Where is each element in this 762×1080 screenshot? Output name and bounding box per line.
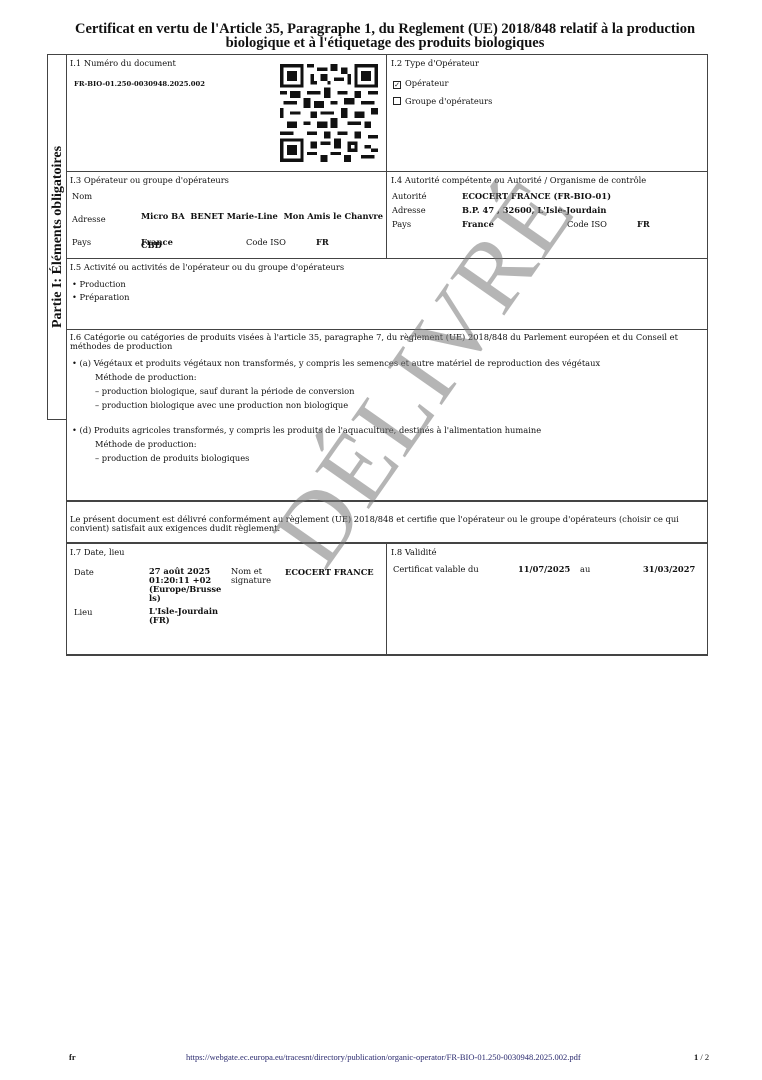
lieu-value: L'Isle-Jourdain (FR) <box>149 607 218 625</box>
divider <box>386 543 387 655</box>
date-label: Date <box>74 567 94 577</box>
statement-line: convient) satisfait aux exigences dudit … <box>70 524 679 533</box>
nom-label: Nom <box>72 191 92 201</box>
divider <box>66 500 708 502</box>
i6-heading: I.6 Catégorie ou catégories de produits … <box>70 333 678 351</box>
method-label: Méthode de production: <box>95 439 197 449</box>
i2-heading: I.2 Type d'Opérateur <box>391 58 479 68</box>
title-line-2: biologique et à l'étiquetage des produit… <box>40 36 730 50</box>
signature-value: ECOCERT FRANCE <box>285 567 374 577</box>
section-side-label-box: Partie I: Éléments obligatoires <box>47 54 67 420</box>
footer-language: fr <box>69 1052 76 1062</box>
divider <box>66 329 708 330</box>
document-number: FR-BIO-01.250-0030948.2025.002 <box>74 79 205 89</box>
adresse-label: Adresse <box>392 205 426 215</box>
divider <box>66 171 708 172</box>
method-item: – production de produits biologiques <box>95 453 249 463</box>
checkbox-checked-icon[interactable]: ✓ <box>393 81 401 89</box>
category-d-title: • (d) Produits agricoles transformés, y … <box>72 425 541 435</box>
validity-from: 11/07/2025 <box>518 564 570 574</box>
divider <box>386 54 387 258</box>
lieu-label: Lieu <box>74 607 92 617</box>
validity-label: Certificat valable du <box>393 564 479 574</box>
i5-heading: I.5 Activité ou activités de l'opérateur… <box>70 262 344 272</box>
operator-name-line: Micro BA BENET Marie-Line Mon Amis le Ch… <box>141 211 383 221</box>
authority-iso: FR <box>637 219 650 229</box>
validity-to: 31/03/2027 <box>643 564 695 574</box>
divider <box>66 654 708 656</box>
i7-heading: I.7 Date, lieu <box>70 547 125 557</box>
i8-heading: I.8 Validité <box>391 547 437 557</box>
option-groupe[interactable]: Groupe d'opérateurs <box>393 96 492 106</box>
method-label: Méthode de production: <box>95 372 197 382</box>
validity-au: au <box>580 564 590 574</box>
checkbox-unchecked-icon[interactable] <box>393 97 401 105</box>
pays-label: Pays <box>392 219 411 229</box>
iso-label: Code ISO <box>567 219 607 229</box>
date-value: 27 août 2025 01:20:11 +02 (Europe/Brusse… <box>149 567 221 603</box>
operator-iso: FR <box>316 237 329 247</box>
footer-url-link[interactable]: https://webgate.ec.europa.eu/tracesnt/di… <box>186 1052 581 1062</box>
method-item: – production biologique avec une product… <box>95 400 348 410</box>
side-label: Partie I: Éléments obligatoires <box>50 146 66 328</box>
adresse-label: Adresse <box>72 214 106 224</box>
authority-country: France <box>462 219 494 229</box>
authority-name: ECOCERT FRANCE (FR-BIO-01) <box>462 191 611 201</box>
page-total: / 2 <box>698 1052 709 1062</box>
option-label: Opérateur <box>405 78 449 88</box>
category-a-title: • (a) Végétaux et produits végétaux non … <box>72 358 600 368</box>
signature-label: Nom et signature <box>231 567 271 585</box>
certification-statement: Le présent document est délivré conformé… <box>70 515 679 533</box>
certificate-title: Certificat en vertu de l'Article 35, Par… <box>40 22 730 50</box>
divider <box>66 542 708 544</box>
activity-item: • Production <box>72 279 126 289</box>
option-operateur[interactable]: ✓Opérateur <box>393 78 449 89</box>
i3-heading: I.3 Opérateur ou groupe d'opérateurs <box>70 175 229 185</box>
signature-label-line: signature <box>231 576 271 585</box>
authority-address: B.P. 47 , 32600, L'Isle-Jourdain <box>462 205 606 215</box>
pays-label: Pays <box>72 237 91 247</box>
i4-heading: I.4 Autorité compétente ou Autorité / Or… <box>391 175 646 185</box>
autorite-label: Autorité <box>392 191 427 201</box>
i6-heading-line: méthodes de production <box>70 342 678 351</box>
title-line-1: Certificat en vertu de l'Article 35, Par… <box>40 22 730 36</box>
iso-label: Code ISO <box>246 237 286 247</box>
method-item: – production biologique, sauf durant la … <box>95 386 354 396</box>
lieu-line: (FR) <box>149 616 218 625</box>
i1-heading: I.1 Numéro du document <box>70 58 176 68</box>
option-label: Groupe d'opérateurs <box>405 96 492 106</box>
operator-name: Micro BA BENET Marie-Line Mon Amis le Ch… <box>141 191 383 260</box>
operator-country: France <box>141 237 173 247</box>
page-indicator: 1 / 2 <box>694 1052 709 1062</box>
activity-item: • Préparation <box>72 292 130 302</box>
qr-code-icon <box>280 64 378 162</box>
date-line: ls) <box>149 594 221 603</box>
